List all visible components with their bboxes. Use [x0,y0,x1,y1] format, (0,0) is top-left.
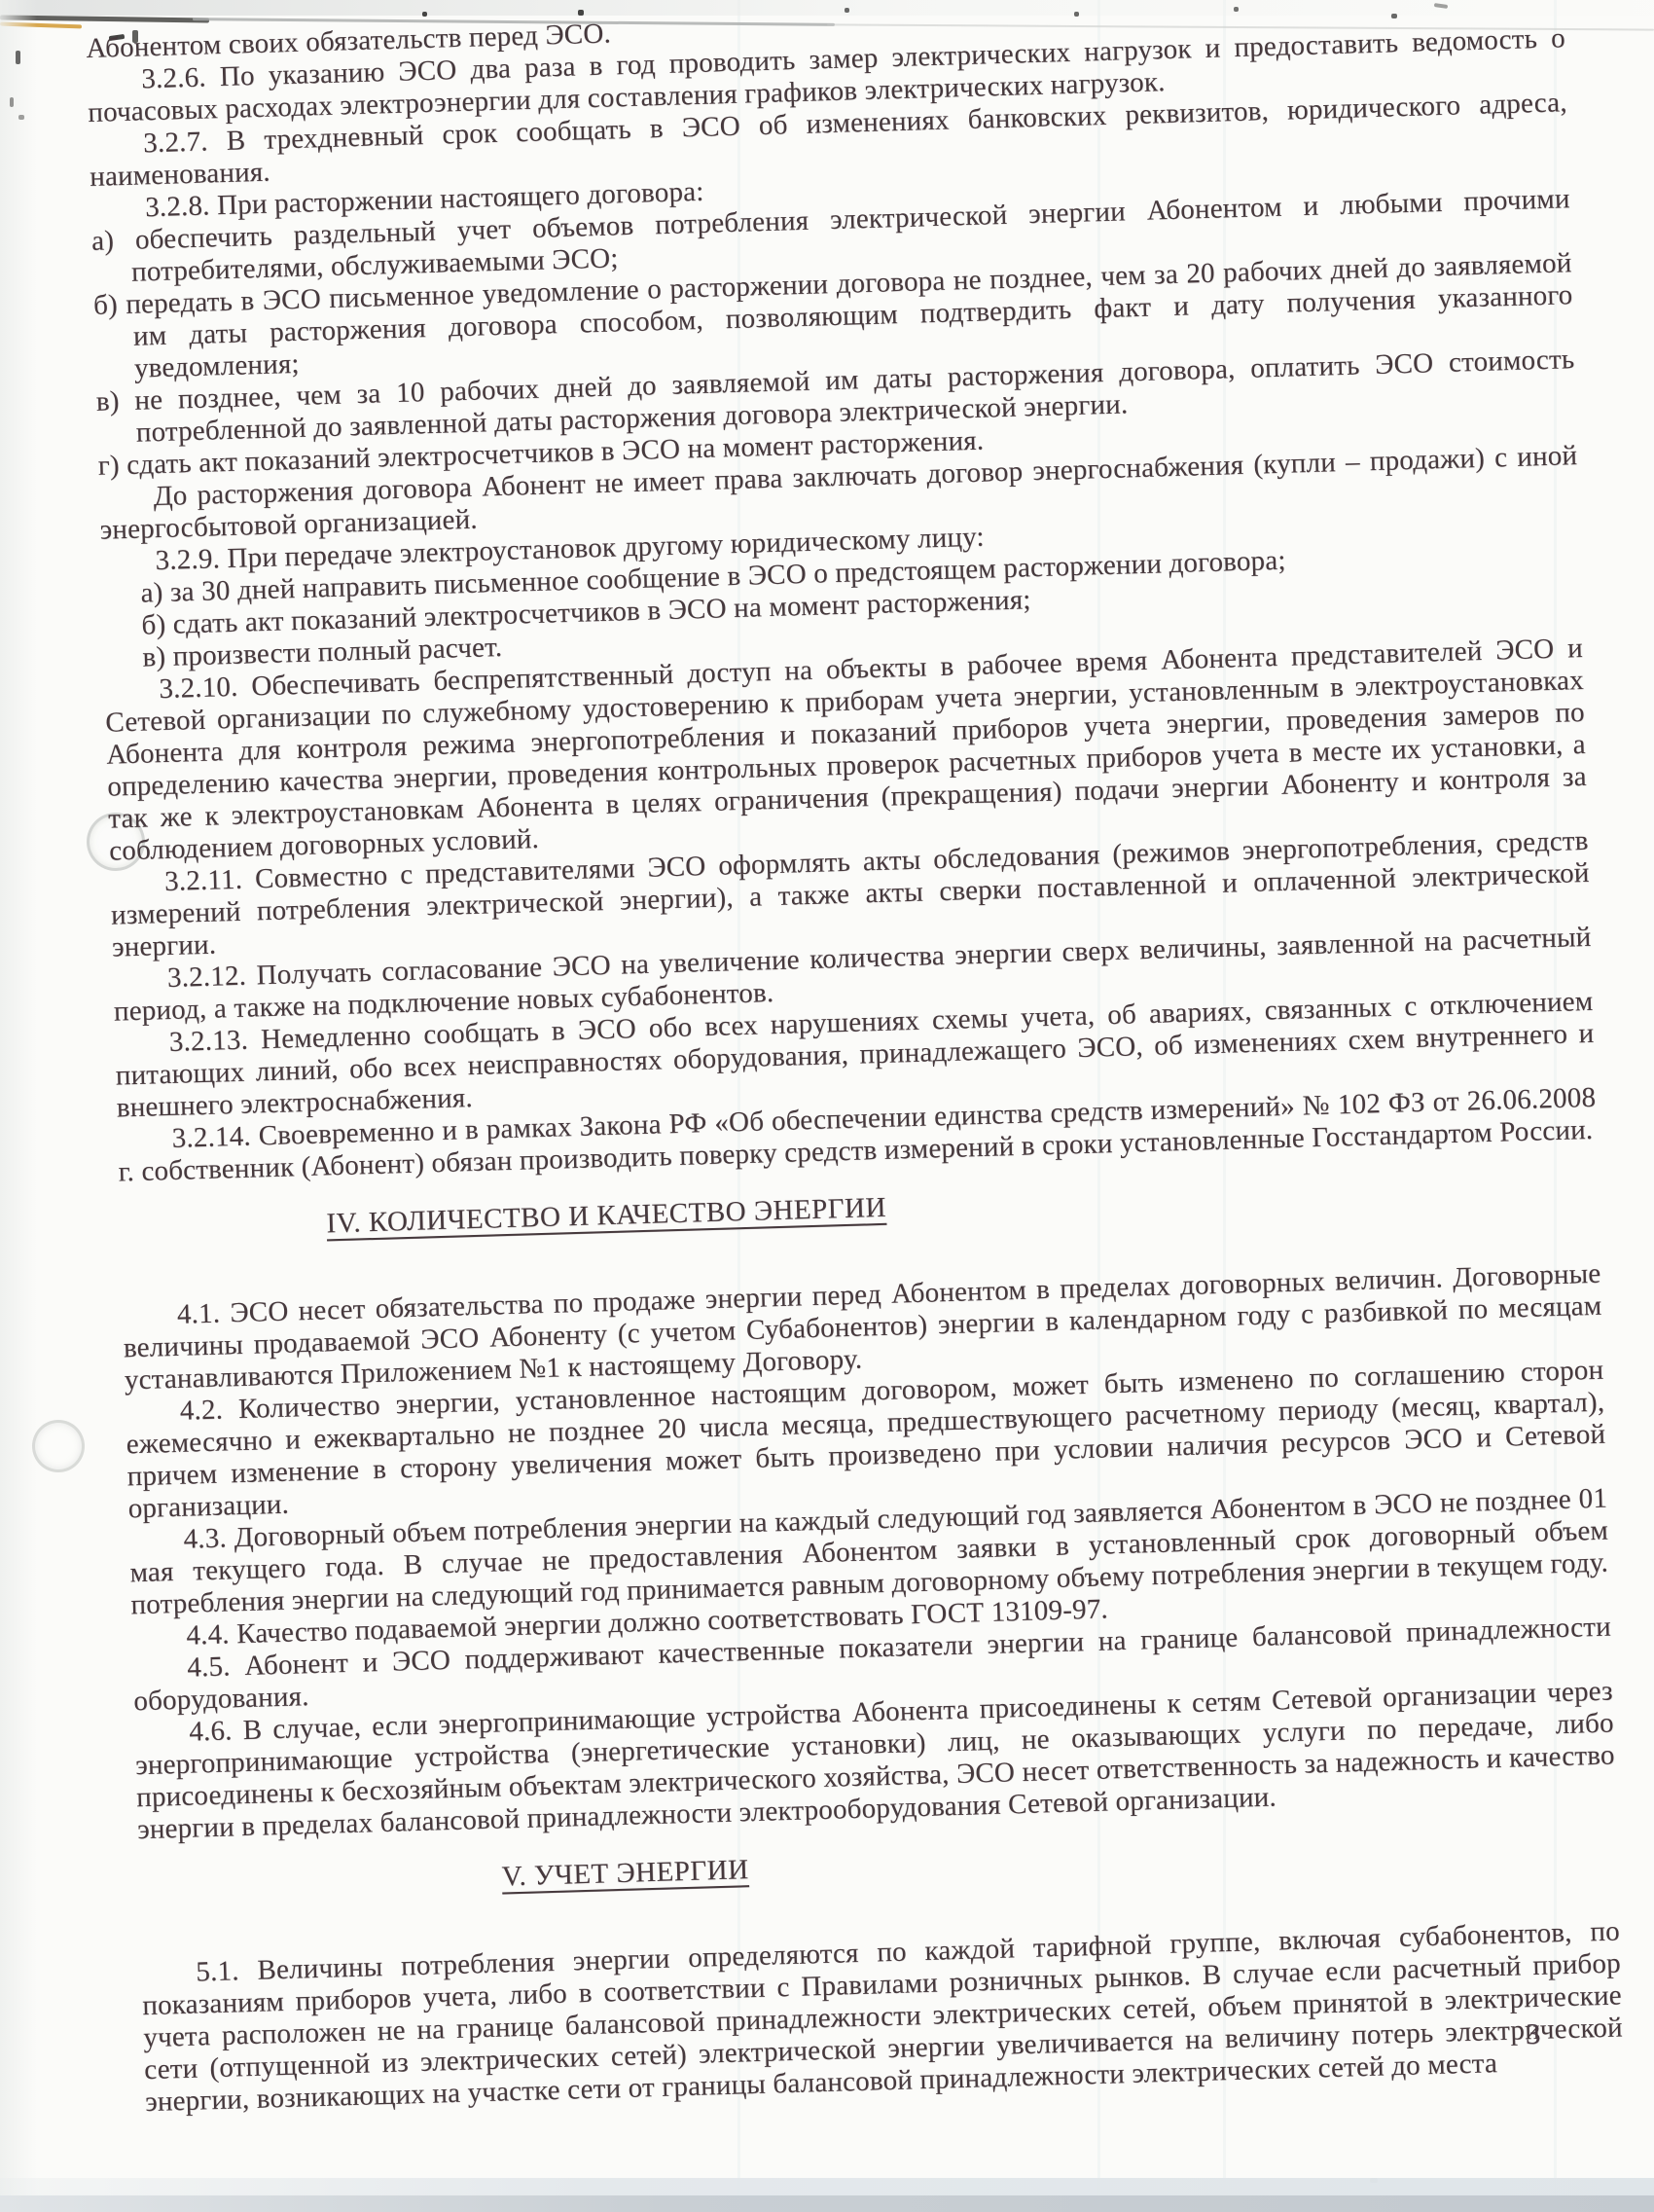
section-heading: IV. КОЛИЧЕСТВО И КАЧЕСТВО ЭНЕРГИИ [120,1186,1094,1247]
document-body: Абонентом своих обязательств перед ЭСО.3… [86,0,1624,2119]
scanner-bottom-band [0,2178,1654,2195]
scan-speck [16,51,20,64]
page-number: 3 [1526,2016,1541,2051]
section-heading: V. УЧЕТ ЭНЕРГИИ [138,1843,1112,1904]
scan-speck [422,12,427,17]
document-page: Абонентом своих обязательств перед ЭСО.3… [0,0,1654,2212]
scan-speck [10,97,14,107]
paragraph: 5.1. Величины потребления энергии опреде… [141,1915,1624,2119]
paper-left-edge [0,0,37,2212]
hole-punch [32,1420,85,1472]
scan-speck [18,115,24,120]
scanner-bottom-band [0,2195,1654,2212]
scan-speck [578,10,584,16]
